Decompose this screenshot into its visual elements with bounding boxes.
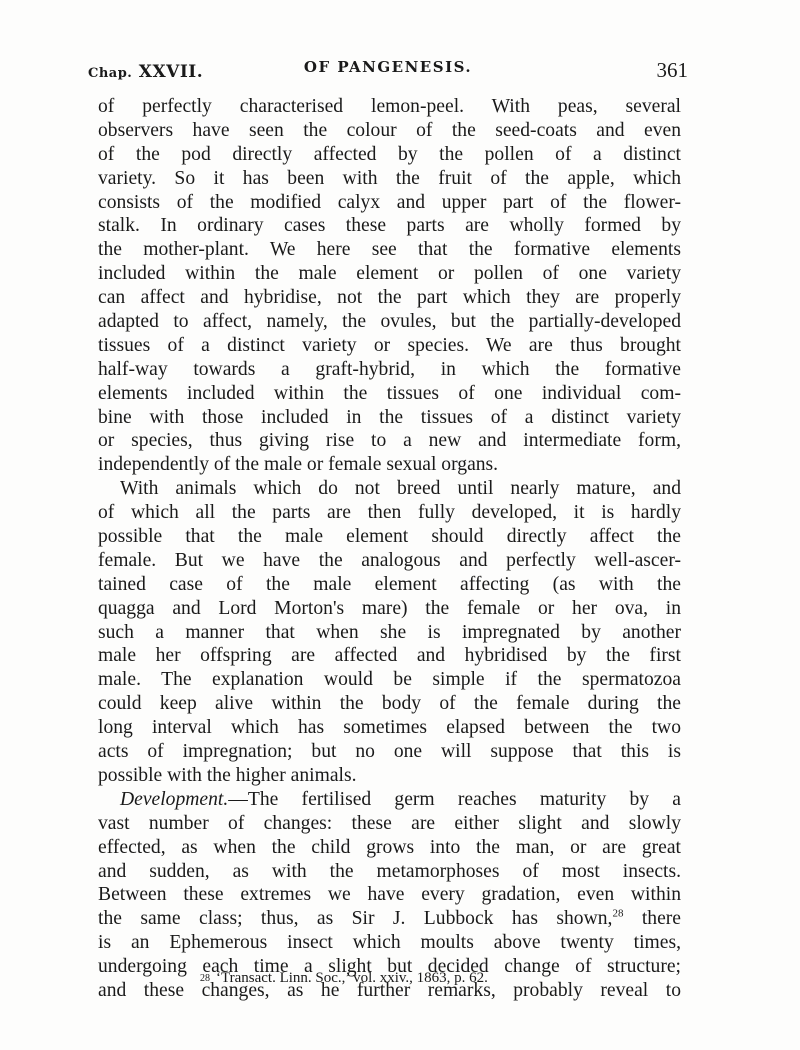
text-line: possible that the male element should di… [98, 525, 681, 549]
text-line: of which all the parts are then fully de… [98, 501, 681, 525]
text-line: stalk. In ordinary cases these parts are… [98, 214, 681, 238]
paragraph-2: With animals which do not breed until ne… [98, 477, 681, 788]
text-run: the same class; thus, as Sir J. Lubbock … [98, 908, 612, 929]
text-line: could keep alive within the body of the … [98, 692, 681, 716]
footnote: 28‘Transact. Linn. Soc.,’ vol. xxiv., 18… [200, 970, 620, 987]
running-header: Chap. XXVII. OF PANGENESIS. 361 [88, 58, 688, 88]
section-heading: Development. [120, 789, 228, 810]
text-line: acts of impregnation; but no one will su… [98, 740, 681, 764]
text-line: consists of the modified calyx and upper… [98, 191, 681, 215]
text-line: possible with the higher animals. [98, 764, 681, 788]
text-line: bine with those included in the tissues … [98, 406, 681, 430]
text-line: or species, thus giving rise to a new an… [98, 429, 681, 453]
text-run: there [623, 908, 681, 929]
text-line: adapted to affect, namely, the ovules, b… [98, 310, 681, 334]
text-line: such a manner that when she is impregnat… [98, 621, 681, 645]
book-page: Chap. XXVII. OF PANGENESIS. 361 of perfe… [0, 0, 800, 1050]
text-line: With animals which do not breed until ne… [98, 477, 681, 501]
text-run: —The fertilised germ reaches maturity by… [228, 789, 681, 810]
text-line: tained case of the male element affectin… [98, 573, 681, 597]
text-line: variety. So it has been with the fruit o… [98, 167, 681, 191]
body-text: of perfectly characterised lemon-peel. W… [98, 95, 681, 1003]
page-number: 361 [657, 58, 689, 83]
footnote-number: 28 [200, 973, 210, 984]
text-line: the mother-plant. We here see that the f… [98, 238, 681, 262]
text-line: of perfectly characterised lemon-peel. W… [98, 95, 681, 119]
text-line: male. The explanation would be simple if… [98, 668, 681, 692]
text-line: tissues of a distinct variety or species… [98, 334, 681, 358]
text-line: male her offspring are affected and hybr… [98, 644, 681, 668]
text-line: vast number of changes: these are either… [98, 812, 681, 836]
text-line: independently of the male or female sexu… [98, 453, 681, 477]
text-line: and sudden, as with the metamorphoses of… [98, 860, 681, 884]
text-line: female. But we have the analogous and pe… [98, 549, 681, 573]
text-line: half-way towards a graft-hybrid, in whic… [98, 358, 681, 382]
text-line: quagga and Lord Morton's mare) the femal… [98, 597, 681, 621]
text-line: elements included within the tissues of … [98, 382, 681, 406]
text-line: can affect and hybridise, not the part w… [98, 286, 681, 310]
footnote-reference[interactable]: 28 [612, 908, 623, 920]
text-line: effected, as when the child grows into t… [98, 836, 681, 860]
text-line: Development.—The fertilised germ reaches… [98, 788, 681, 812]
text-line: observers have seen the colour of the se… [98, 119, 681, 143]
footnote-text: ‘Transact. Linn. Soc.,’ vol. xxiv., 1863… [216, 970, 488, 986]
text-line: included within the male element or poll… [98, 262, 681, 286]
text-line: of the pod directly affected by the poll… [98, 143, 681, 167]
text-line: long interval which has sometimes elapse… [98, 716, 681, 740]
paragraph-1: of perfectly characterised lemon-peel. W… [98, 95, 681, 477]
text-line: Between these extremes we have every gra… [98, 883, 681, 907]
running-title: OF PANGENESIS. [88, 58, 688, 76]
text-line: is an Ephemerous insect which moults abo… [98, 931, 681, 955]
text-line: the same class; thus, as Sir J. Lubbock … [98, 907, 681, 931]
